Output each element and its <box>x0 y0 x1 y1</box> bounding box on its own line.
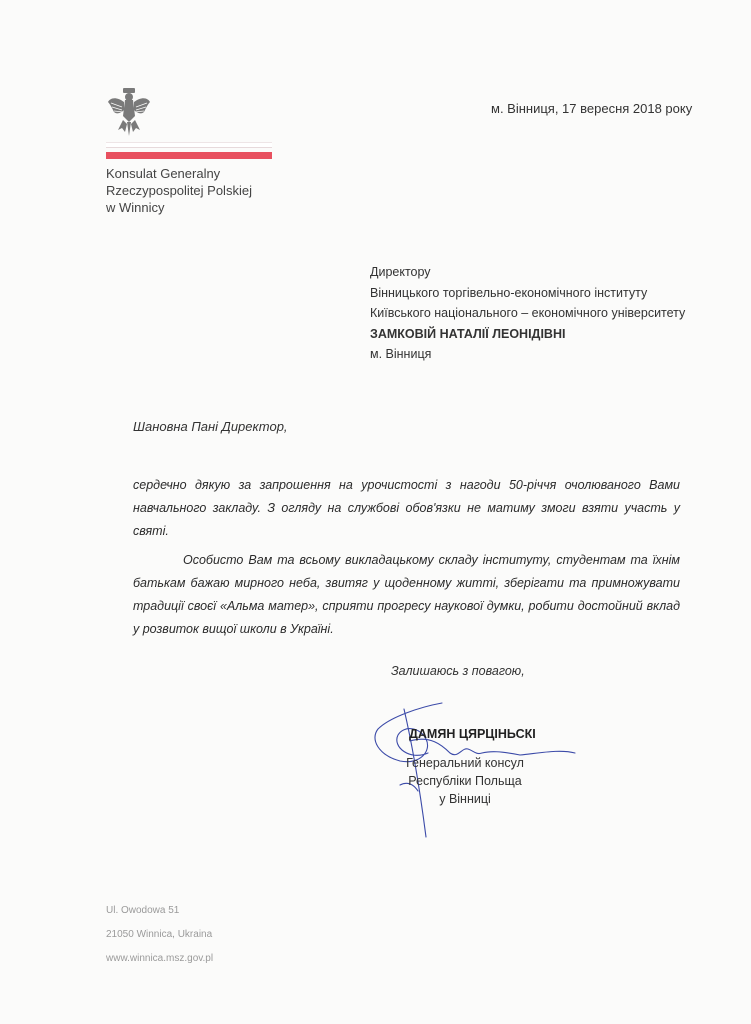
flag-white-stripe <box>106 142 272 148</box>
footer-website: www.winnica.msz.gov.pl <box>106 947 213 971</box>
addressee-line: Київського національного – економічного … <box>370 303 685 324</box>
date-line: м. Вінниця, 17 вересня 2018 року <box>491 101 692 116</box>
letter-body: сердечно дякую за запрошення на урочисто… <box>133 474 680 641</box>
footer-city: 21050 Winnica, Ukraina <box>106 923 213 947</box>
footer-street: Ul. Owodowa 51 <box>106 899 213 923</box>
addressee-line: Директору <box>370 262 685 283</box>
polish-flag-bar <box>106 142 272 159</box>
consulate-line: w Winnicy <box>106 199 252 216</box>
addressee-line: Вінницького торгівельно-економічного інс… <box>370 283 685 304</box>
signatory-title-line: Республіки Польща <box>400 772 530 790</box>
signatory-title: Генеральний консул Республіки Польща у В… <box>400 754 530 808</box>
body-paragraph: Особисто Вам та всьому викладацькому скл… <box>133 549 680 641</box>
addressee-line: м. Вінниця <box>370 344 685 365</box>
flag-red-stripe <box>106 152 272 159</box>
consulate-line: Konsulat Generalny <box>106 165 252 182</box>
consulate-name: Konsulat Generalny Rzeczypospolitej Pols… <box>106 165 252 216</box>
consulate-line: Rzeczypospolitej Polskiej <box>106 182 252 199</box>
body-paragraph: сердечно дякую за запрошення на урочисто… <box>133 474 680 543</box>
greeting: Шановна Пані Директор, <box>133 419 288 434</box>
polish-eagle-emblem-icon <box>106 86 152 138</box>
addressee-block: Директору Вінницького торгівельно-економ… <box>370 262 685 365</box>
signatory-name: ДАМЯН ЦЯРЦІНЬСКІ <box>409 727 536 741</box>
closing: Залишаюсь з повагою, <box>391 664 525 678</box>
footer-address: Ul. Owodowa 51 21050 Winnica, Ukraina ww… <box>106 899 213 971</box>
addressee-name: ЗАМКОВІЙ НАТАЛІЇ ЛЕОНІДІВНІ <box>370 324 685 345</box>
signatory-title-line: Генеральний консул <box>400 754 530 772</box>
signatory-title-line: у Вінниці <box>400 790 530 808</box>
